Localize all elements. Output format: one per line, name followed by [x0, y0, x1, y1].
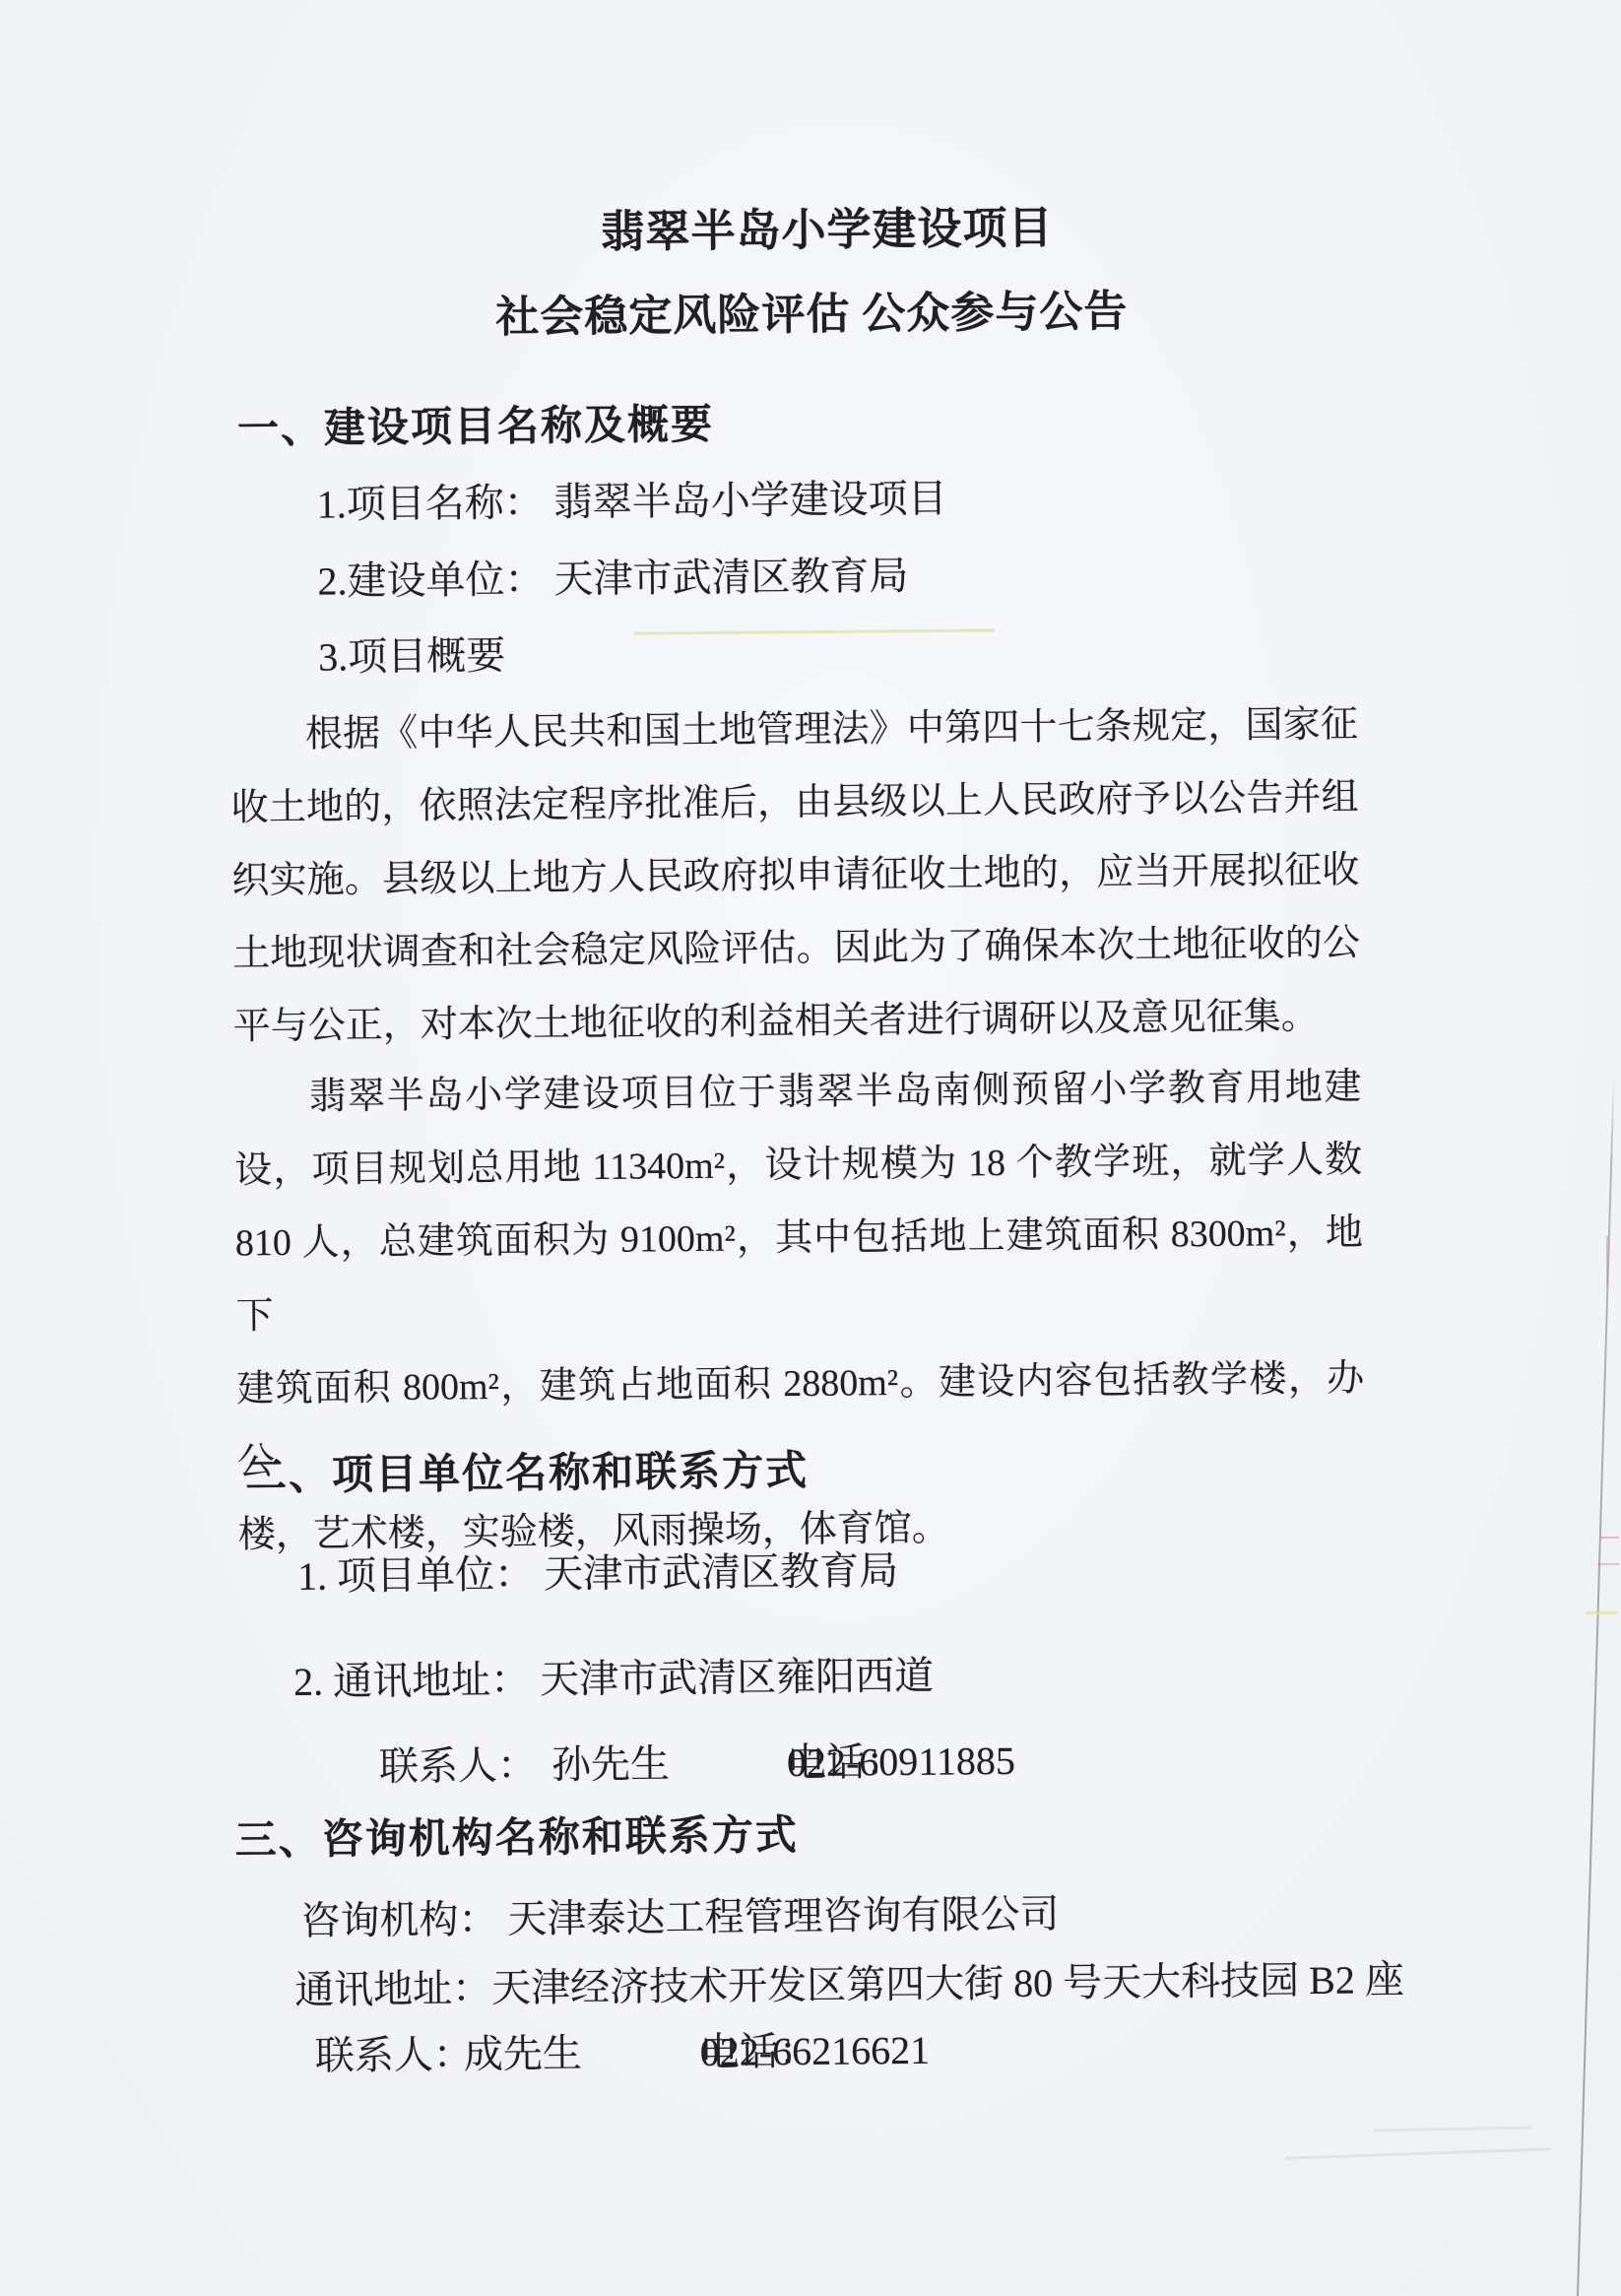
agency-address-item: 通讯地址：天津经济技术开发区第四大街 80 号天大科技园 B2 座 — [294, 1954, 1404, 2016]
phone-number: 022-60911885 — [787, 1736, 1015, 1789]
project-summary-item: 3.项目概要 — [318, 630, 505, 684]
paragraph-line: 土地现状调查和社会稳定风险评估。因此为了确保本次土地征收的公 — [232, 907, 1361, 991]
contact-name: 孙先生 — [551, 1738, 670, 1791]
construction-unit-item: 2.建设单位： 天津市武清区教育局 — [317, 551, 908, 608]
section-three-contact-row: 联系人： 成先生 电话：022-66216621 — [243, 2020, 1371, 2082]
section-two-contact-row: 联系人： 孙先生 电话：022-60911885 — [240, 1732, 1368, 1794]
section-one-heading: 一、建设项目名称及概要 — [237, 399, 715, 457]
paragraph-line: 设，项目规划总用地 11340m²，设计规模为 18 个教学班，就学人数 — [234, 1124, 1363, 1208]
contact-label: 联系人： — [379, 1740, 537, 1794]
project-name-item: 1.项目名称： 翡翠半岛小学建设项目 — [316, 474, 946, 531]
paragraph-line: 织实施。县级以上地方人民政府拟申请征收土地的，应当开展拟征收 — [231, 834, 1360, 918]
page-subtitle: 社会稳定风险评估 公众参与公告 — [227, 283, 1354, 349]
paragraph-line: 平与公正，对本次土地征收的利益相关者进行调研以及意见征集。 — [232, 980, 1361, 1064]
document-content: 翡翠半岛小学建设项目 社会稳定风险评估 公众参与公告 一、建设项目名称及概要 1… — [224, 0, 1373, 2296]
scan-artifact-pink-segment — [1606, 1236, 1608, 1285]
scan-artifact-pink-tick — [1597, 1563, 1619, 1565]
paragraph-line: 810 人，总建筑面积为 9100m²，其中包括地上建筑面积 8300m²，地下 — [235, 1197, 1364, 1353]
paragraph-line: 收土地的，依照法定程序批准后，由县级以上人民政府予以公告并组 — [230, 761, 1359, 845]
phone-number: 022-66216621 — [700, 2025, 931, 2078]
project-unit-item: 1. 项目单位： 天津市武清区教育局 — [297, 1545, 898, 1603]
scanned-document-page: 翡翠半岛小学建设项目 社会稳定风险评估 公众参与公告 一、建设项目名称及概要 1… — [0, 0, 1621, 2296]
page-title: 翡翠半岛小学建设项目 — [226, 198, 1353, 264]
section-two-heading: 二、项目单位名称和联系方式 — [245, 1445, 810, 1503]
contact-name: 成先生 — [464, 2028, 582, 2080]
section-three-heading: 三、咨询机构名称和联系方式 — [234, 1809, 799, 1868]
scan-artifact-yellow-tick — [1586, 1611, 1617, 1614]
contact-label: 联系人： — [315, 2029, 473, 2082]
legal-basis-paragraph: 根据《中华人民共和国土地管理法》中第四十七条规定，国家征收土地的，依照法定程序批… — [230, 689, 1361, 1064]
paragraph-line: 根据《中华人民共和国土地管理法》中第四十七条规定，国家征 — [230, 689, 1359, 772]
consulting-agency-item: 咨询机构： 天津泰达工程管理咨询有限公司 — [300, 1888, 1059, 1946]
scan-artifact-streak — [1374, 2127, 1531, 2132]
scan-artifact-vertical-line — [1577, 1075, 1615, 2296]
scan-artifact-pink-tick — [1600, 1537, 1619, 1539]
paragraph-line: 翡翠半岛小学建设项目位于翡翠半岛南侧预留小学教育用地建 — [233, 1051, 1362, 1135]
mailing-address-item: 2. 通讯地址： 天津市武清区雍阳西道 — [293, 1651, 934, 1708]
